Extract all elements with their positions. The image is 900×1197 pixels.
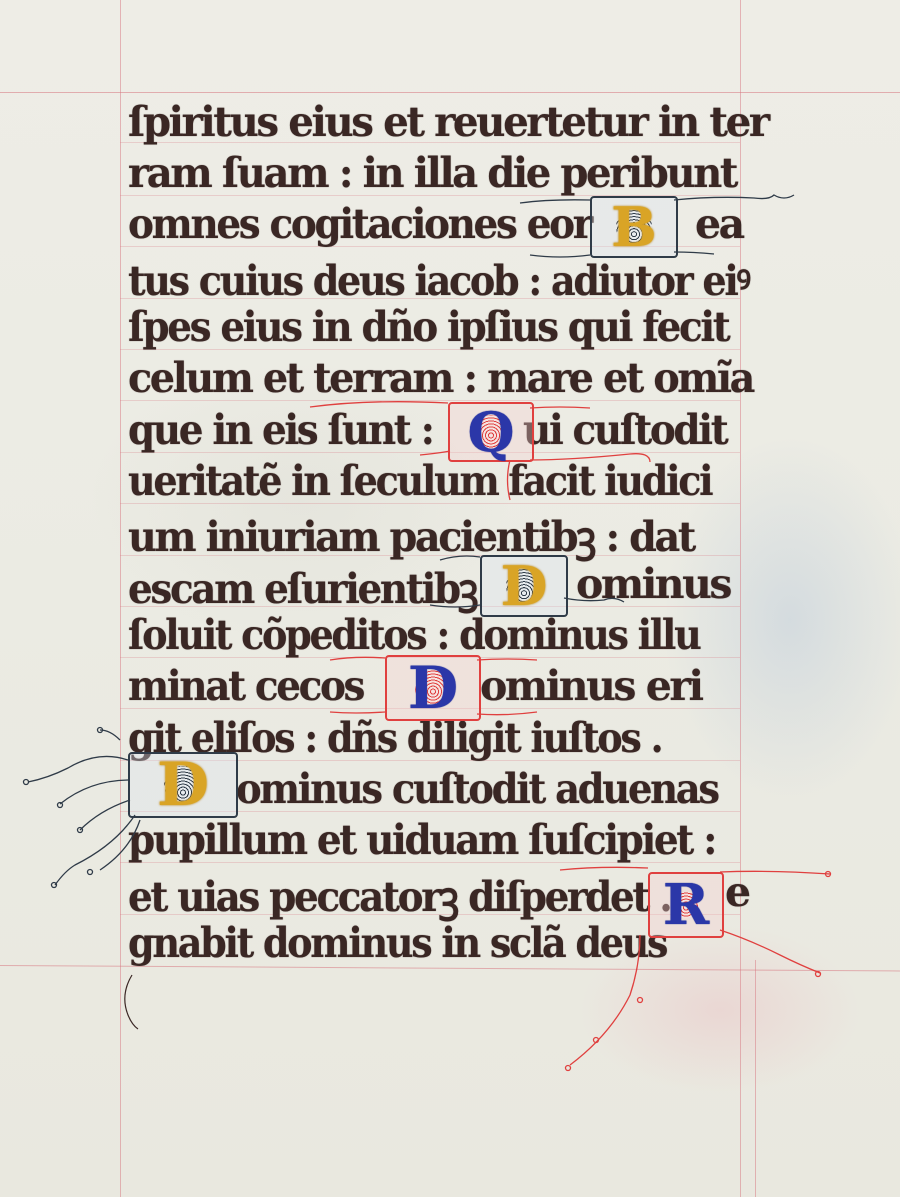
initial-D-blue: D: [385, 655, 481, 721]
initial-D-gold-2: D: [128, 752, 238, 818]
text-line-14: ominus cuſtodit aduenas: [236, 765, 718, 813]
text-line-7-after-initial: ui cuſtodit: [523, 406, 726, 454]
initial-B-gold: B: [590, 196, 678, 258]
text-line-1: ſpiritus eius et reuertetur in ter: [128, 98, 768, 146]
text-line-12-after-initial: ominus eri: [480, 662, 702, 710]
text-line-3-after-initial: ea: [695, 200, 743, 248]
initial-R-blue: R: [648, 872, 724, 938]
text-line-12: minat cecos: [128, 662, 363, 710]
text-line-3: omnes cogitaciones eor: [128, 200, 591, 248]
text-line-16-after-initial: e: [725, 868, 749, 916]
text-line-16: et uias peccatorꝫ diſperdet .: [128, 868, 670, 924]
text-line-17: gnabit dominus in sclã deus: [128, 919, 666, 967]
initial-D-gold-1: D: [480, 555, 568, 617]
initial-Q-blue: Q: [448, 402, 534, 462]
text-line-7: que in eis ſunt :: [128, 406, 433, 454]
text-line-2: ram ſuam : in illa die peribunt: [128, 149, 736, 197]
text-line-6: celum et terram : mare et omĩa: [128, 354, 753, 402]
text-line-10: escam eſurientibꝫ: [128, 560, 476, 616]
text-line-10-after-initial: ominus: [576, 560, 730, 608]
text-line-5: ſpes eius in dño ipſius qui fecit: [128, 303, 728, 351]
ruling-line-right-lower: [755, 960, 756, 1197]
ruling-line-top: [0, 92, 900, 93]
text-line-11: ſoluit cõpeditos : dominus illu: [128, 611, 699, 659]
text-line-4: tus cuius deus iacob : adiutor eiꝰ: [128, 252, 749, 308]
ruling-line-right: [740, 0, 741, 1197]
text-line-8: ueritatẽ in ſeculum facit iudici: [128, 457, 711, 505]
text-line-15: pupillum et uiduam ſuſcipiet :: [128, 816, 715, 864]
text-line-9: um iniuriam pacientibꝫ : dat: [128, 508, 694, 564]
ruling-line-left: [120, 0, 121, 1197]
